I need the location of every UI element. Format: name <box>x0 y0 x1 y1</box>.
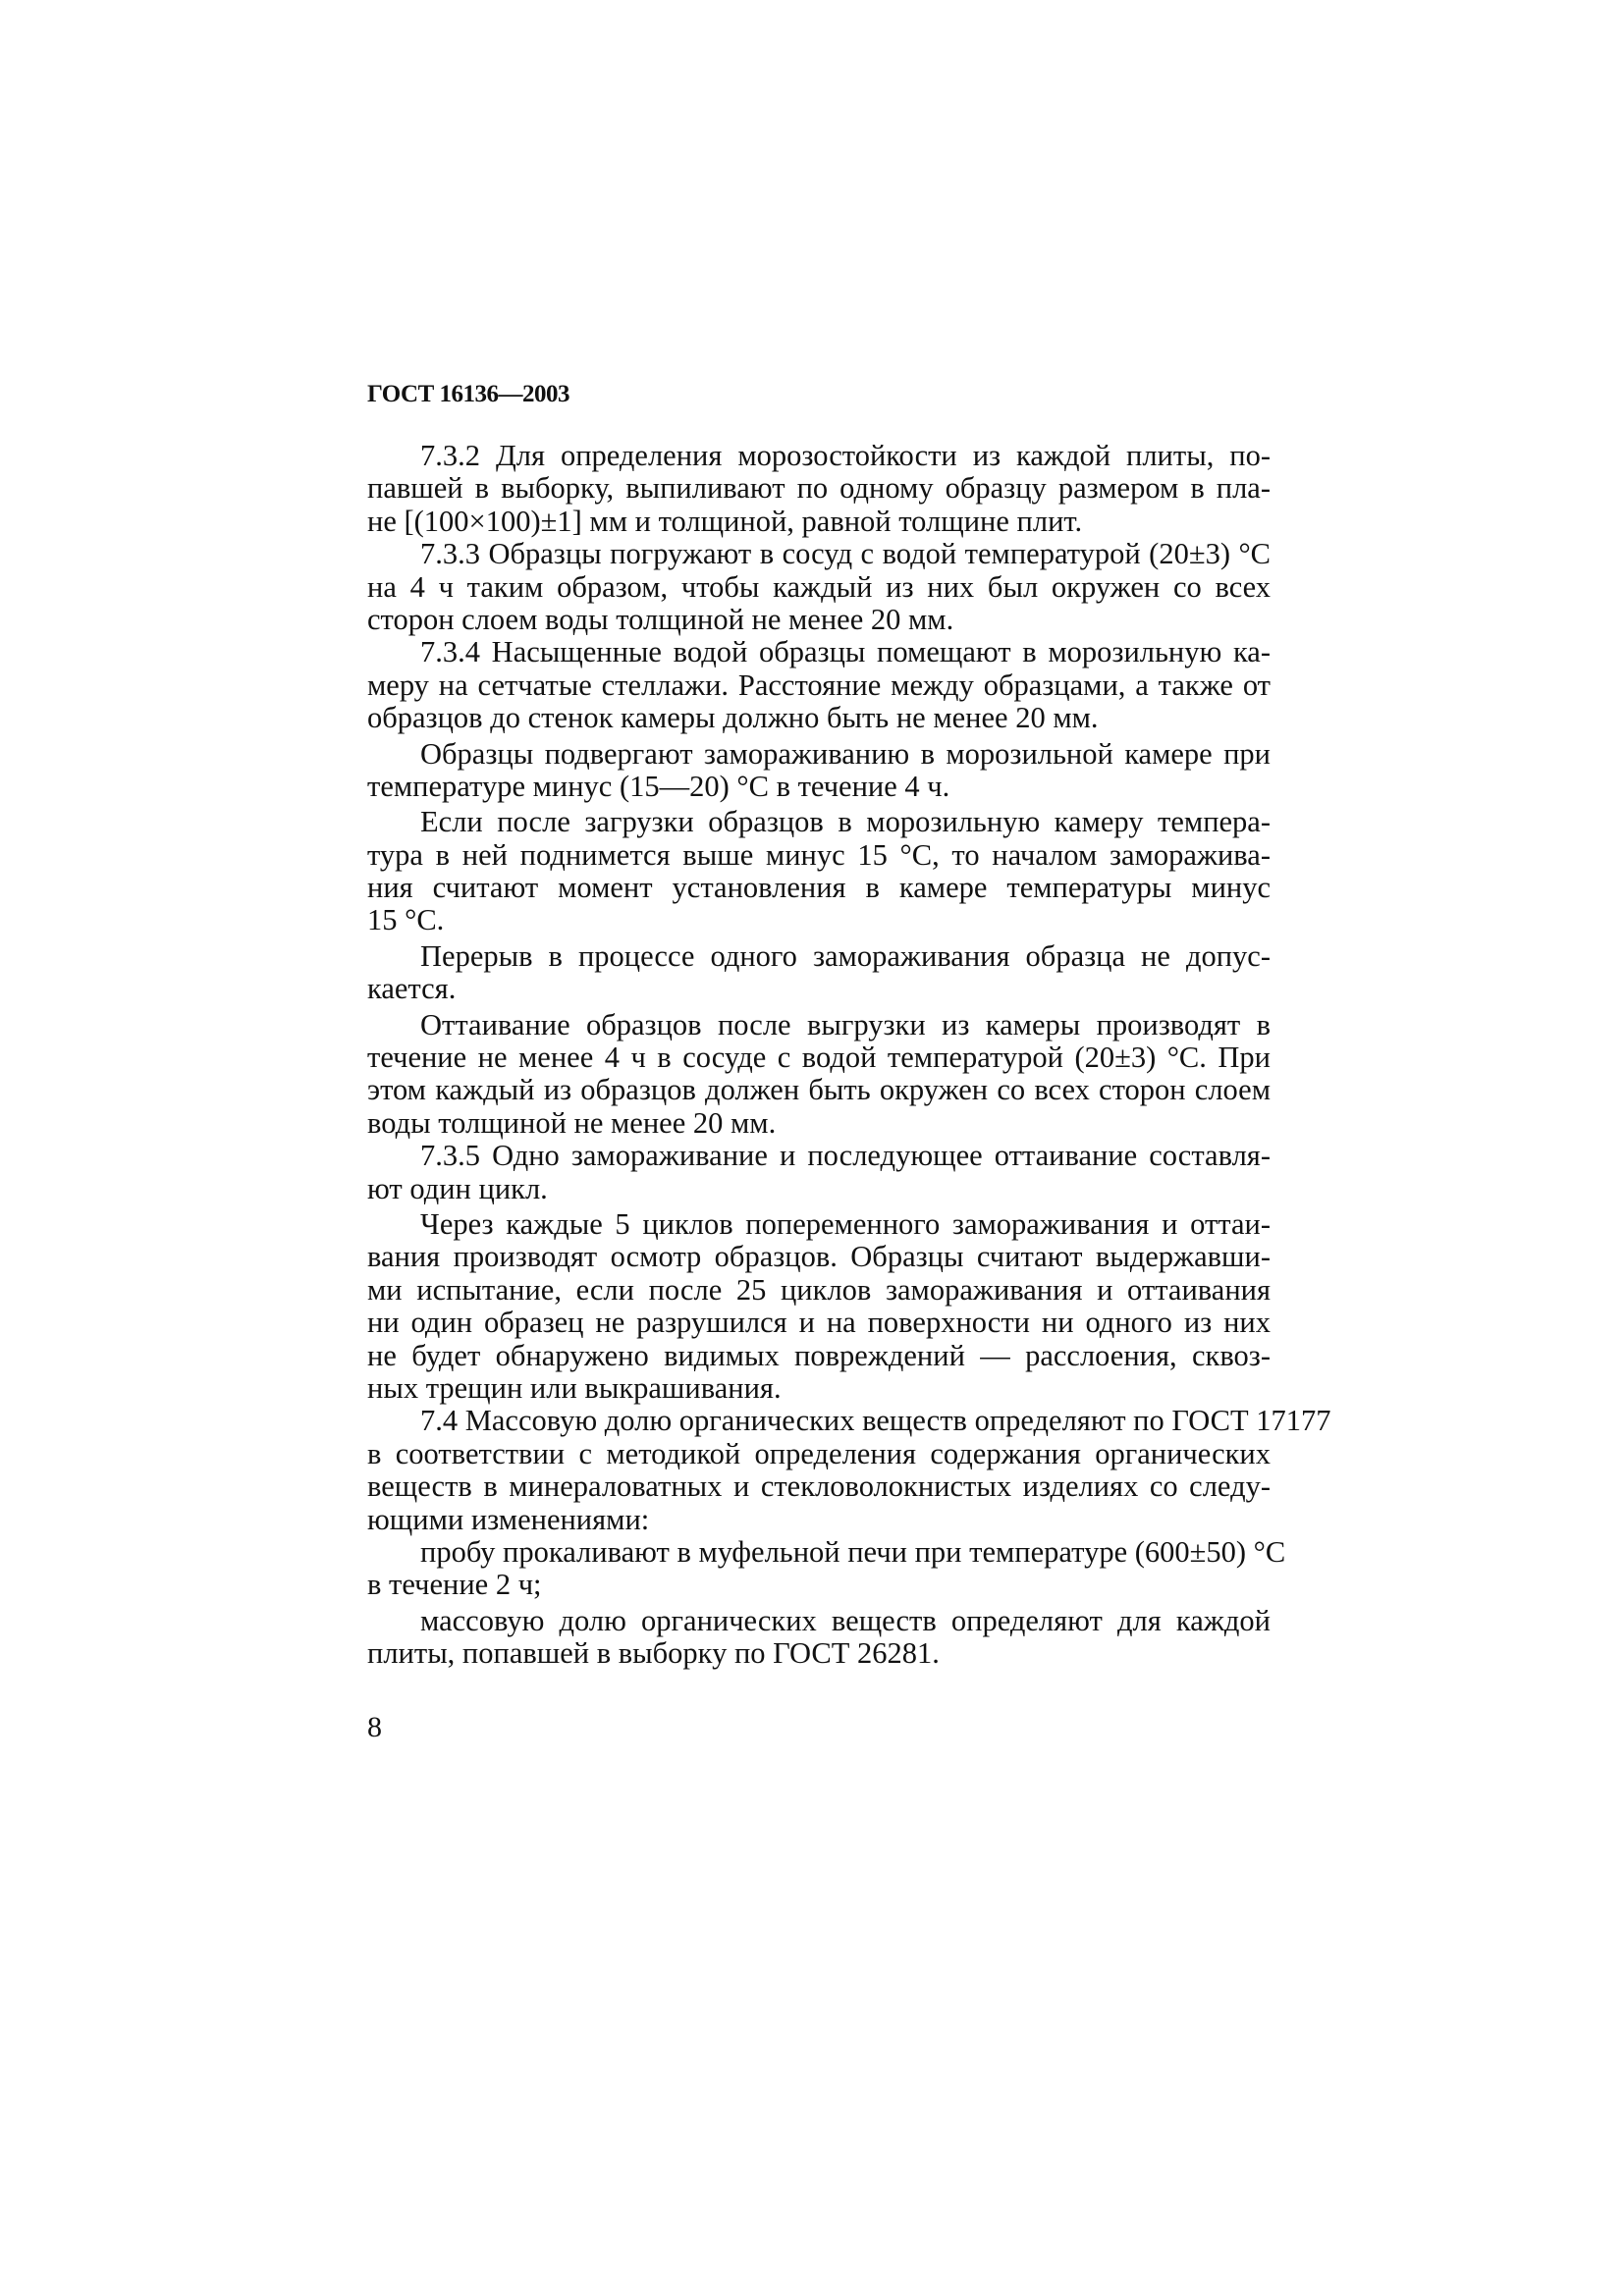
text-line: не [(100×100)±1] мм и толщиной, равной т… <box>367 506 1271 538</box>
text-line: Образцы подвергают замораживанию в мороз… <box>367 738 1271 771</box>
text-line: Если после загрузки образцов в морозильн… <box>367 806 1271 838</box>
text-line: пробу прокаливают в муфельной печи при т… <box>367 1536 1271 1569</box>
text-line: Перерыв в процессе одного замораживания … <box>367 940 1271 973</box>
text-line: в соответствии с методикой определения с… <box>367 1438 1271 1470</box>
text-line: павшей в выборку, выпиливают по одному о… <box>367 472 1271 505</box>
paragraph-7-4: 7.4 Массовую долю органических веществ о… <box>367 1405 1271 1536</box>
text-line: температуре минус (15—20) °С в течение 4… <box>367 771 1271 803</box>
paragraph-no-interruption: Перерыв в процессе одного замораживания … <box>367 940 1271 1006</box>
text-line: не будет обнаружено видимых повреждений … <box>367 1340 1271 1372</box>
text-line: Оттаивание образцов после выгрузки из ка… <box>367 1009 1271 1041</box>
paragraph-7-3-4: 7.3.4 Насыщенные водой образцы помещают … <box>367 636 1271 734</box>
text-line: 7.3.2 Для определения морозостойкости из… <box>367 440 1271 472</box>
text-line: ющими изменениями: <box>367 1504 1271 1536</box>
text-line: кается. <box>367 973 1271 1005</box>
paragraph-thawing: Оттаивание образцов после выгрузки из ка… <box>367 1009 1271 1141</box>
text-line: течение не менее 4 ч в сосуде с водой те… <box>367 1041 1271 1074</box>
paragraph-mass-fraction: массовую долю органических веществ опред… <box>367 1605 1271 1671</box>
text-line: образцов до стенок камеры должно быть не… <box>367 702 1271 734</box>
text-line: 7.4 Массовую долю органических веществ о… <box>367 1405 1271 1437</box>
text-line: на 4 ч таким образом, чтобы каждый из ни… <box>367 571 1271 604</box>
page-number: 8 <box>367 1711 382 1744</box>
text-line: ют один цикл. <box>367 1173 1271 1205</box>
paragraph-inspection: Через каждые 5 циклов попеременного замо… <box>367 1208 1271 1405</box>
text-line: сторон слоем воды толщиной не менее 20 м… <box>367 604 1271 636</box>
text-line: плиты, попавшей в выборку по ГОСТ 26281. <box>367 1637 1271 1670</box>
text-line: 7.3.4 Насыщенные водой образцы помещают … <box>367 636 1271 668</box>
paragraph-7-3-3: 7.3.3 Образцы погружают в сосуд с водой … <box>367 538 1271 636</box>
text-line: вания производят осмотр образцов. Образц… <box>367 1241 1271 1273</box>
text-line: тура в ней поднимется выше минус 15 °С, … <box>367 839 1271 872</box>
text-line: в течение 2 ч; <box>367 1569 1271 1601</box>
text-line: Через каждые 5 циклов попеременного замо… <box>367 1208 1271 1241</box>
document-page: ГОСТ 16136—2003 7.3.2 Для определения мо… <box>0 0 1624 2296</box>
document-header-standard-number: ГОСТ 16136—2003 <box>367 381 569 408</box>
text-line: воды толщиной не менее 20 мм. <box>367 1107 1271 1140</box>
paragraph-calcination: пробу прокаливают в муфельной печи при т… <box>367 1536 1271 1602</box>
text-line: меру на сетчатые стеллажи. Расстояние ме… <box>367 669 1271 702</box>
document-body: 7.3.2 Для определения морозостойкости из… <box>367 440 1271 1670</box>
text-line: ми испытание, если после 25 циклов замор… <box>367 1274 1271 1307</box>
text-line: 7.3.3 Образцы погружают в сосуд с водой … <box>367 538 1271 570</box>
text-line: 7.3.5 Одно замораживание и последующее о… <box>367 1140 1271 1172</box>
text-line: этом каждый из образцов должен быть окру… <box>367 1074 1271 1106</box>
paragraph-freezing-start: Если после загрузки образцов в морозильн… <box>367 806 1271 937</box>
text-line: веществ в минераловатных и стекловолокни… <box>367 1470 1271 1503</box>
paragraph-freezing-conditions: Образцы подвергают замораживанию в мороз… <box>367 738 1271 804</box>
text-line: ных трещин или выкрашивания. <box>367 1372 1271 1405</box>
paragraph-7-3-5: 7.3.5 Одно замораживание и последующее о… <box>367 1140 1271 1205</box>
text-line: массовую долю органических веществ опред… <box>367 1605 1271 1637</box>
text-line: ни один образец не разрушился и на повер… <box>367 1307 1271 1339</box>
paragraph-7-3-2: 7.3.2 Для определения морозостойкости из… <box>367 440 1271 538</box>
text-line: ния считают момент установления в камере… <box>367 872 1271 904</box>
text-line: 15 °С. <box>367 904 1271 936</box>
